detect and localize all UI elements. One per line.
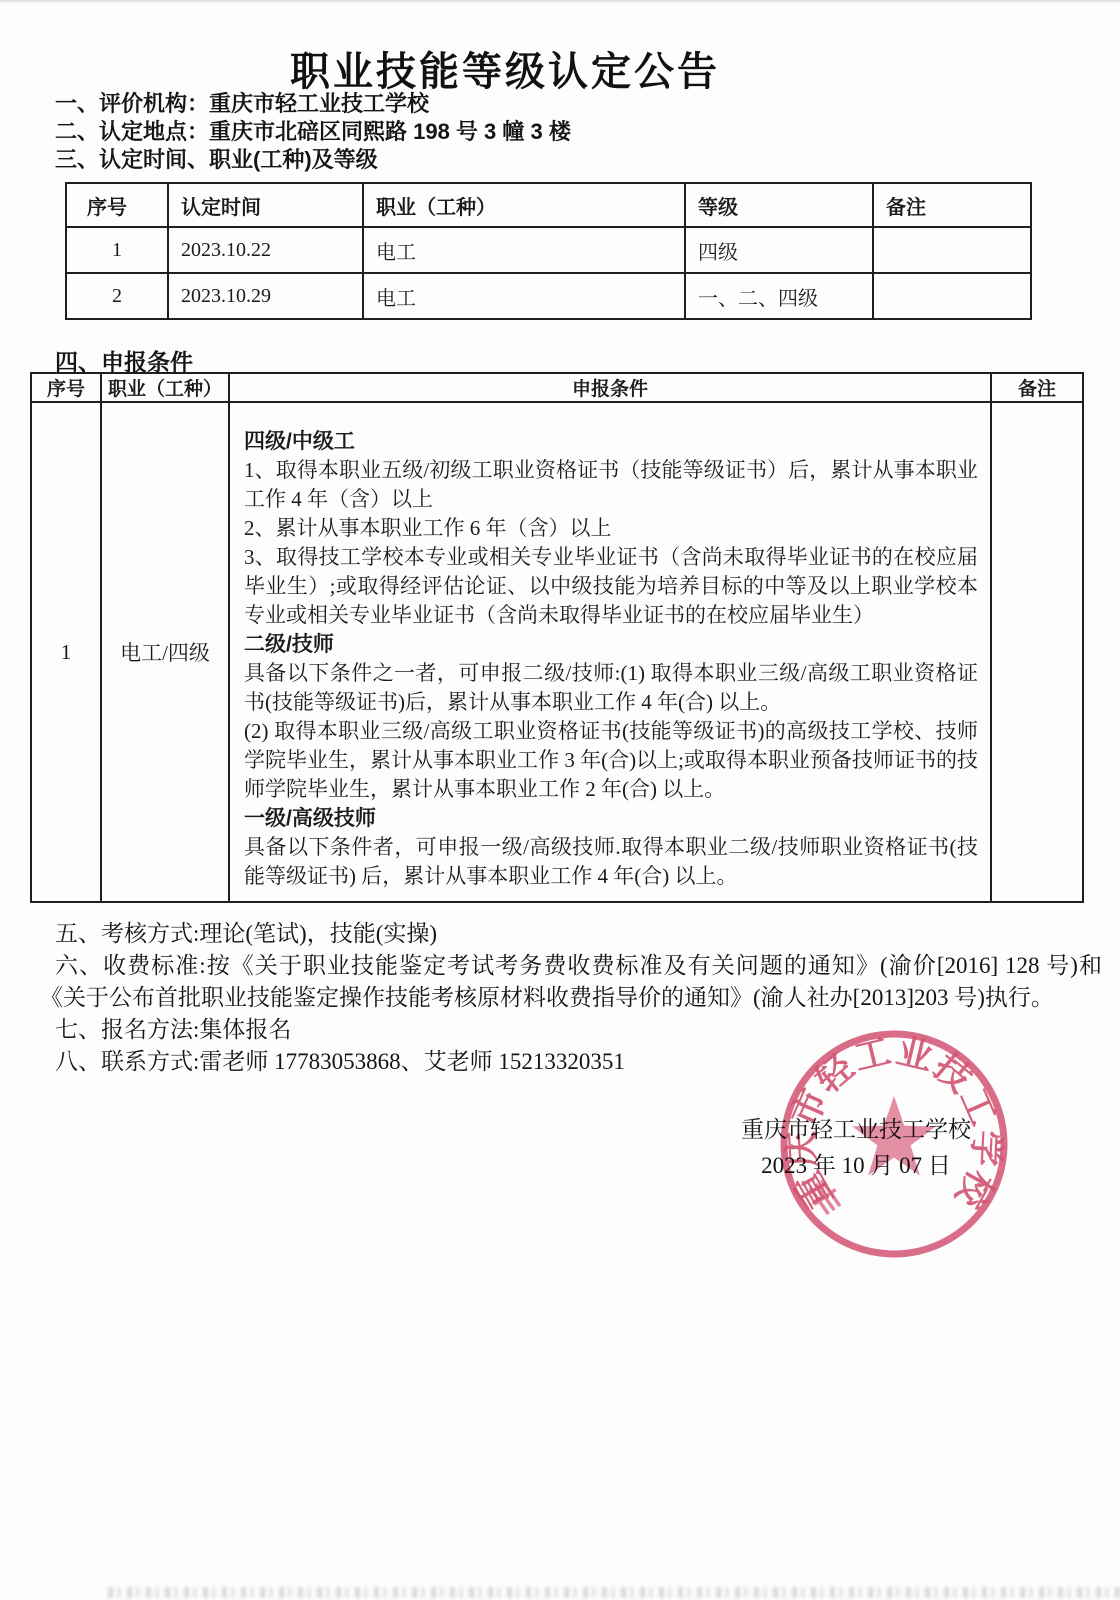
condition-line: (2) 取得本职业三级/高级工职业资格证书(技能等级证书)的高级技工学校、技师学… — [244, 717, 978, 804]
col-header-date: 认定时间 — [168, 183, 363, 227]
conditions-header-row: 序号 职业（工种） 申报条件 备注 — [31, 373, 1083, 402]
col-header-remark: 备注 — [873, 183, 1031, 227]
signature-org: 重庆市轻工业技工学校 — [700, 1112, 1012, 1148]
intro-item-location: 二、认定地点：重庆市北碚区同熙路 198 号 3 幢 3 楼 — [55, 118, 571, 146]
col-header-level: 等级 — [685, 183, 873, 227]
conditions-table: 序号 职业（工种） 申报条件 备注 1 电工/四级 四级/中级工 1、取得本职业… — [30, 372, 1084, 903]
condition-line: 2、累计从事本职业工作 6 年（含）以上 — [244, 514, 978, 543]
cell-occupation: 电工 — [363, 273, 685, 319]
intro-list: 一、评价机构：重庆市轻工业技工学校 二、认定地点：重庆市北碚区同熙路 198 号… — [55, 90, 571, 174]
cell-conditions: 四级/中级工 1、取得本职业五级/初级工职业资格证书（技能等级证书）后，累计从事… — [229, 402, 991, 902]
cell-no: 1 — [31, 402, 101, 902]
cell-date: 2023.10.22 — [168, 227, 363, 273]
sections-5-8: 五、考核方式:理论(笔试)，技能(实操) 六、收费标准:按《关于职业技能鉴定考试… — [40, 918, 1102, 1078]
section6-fees: 六、收费标准:按《关于职业技能鉴定考试考务费收费标准及有关问题的通知》(渝价[2… — [40, 950, 1102, 1014]
cell-level: 四级 — [685, 227, 873, 273]
section8-contact: 八、联系方式:雷老师 17783053868、艾老师 15213320351 — [40, 1046, 1102, 1078]
col-header-remark: 备注 — [991, 373, 1083, 402]
col-header-occupation: 职业（工种） — [363, 183, 685, 227]
cell-occupation: 电工/四级 — [101, 402, 229, 902]
signature-block: 重庆市轻工业技工学校 2023 年 10 月 07 日 — [700, 1112, 1012, 1184]
signature-date: 2023 年 10 月 07 日 — [700, 1148, 1012, 1184]
announcement-document: 职业技能等级认定公告 一、评价机构：重庆市轻工业技工学校 二、认定地点：重庆市北… — [0, 0, 1120, 1600]
col-header-occupation: 职业（工种） — [101, 373, 229, 402]
intro-item-schedule: 三、认定时间、职业(工种)及等级 — [55, 146, 571, 174]
condition-line: 具备以下条件之一者，可申报二级/技师:(1) 取得本职业三级/高级工职业资格证书… — [244, 659, 978, 717]
intro-item-evaluator: 一、评价机构：重庆市轻工业技工学校 — [55, 90, 571, 118]
condition-line: 四级/中级工 — [244, 427, 978, 456]
table-row: 1 电工/四级 四级/中级工 1、取得本职业五级/初级工职业资格证书（技能等级证… — [31, 402, 1083, 902]
table-row: 1 2023.10.22 电工 四级 — [66, 227, 1031, 273]
condition-line: 二级/技师 — [244, 630, 978, 659]
cell-date: 2023.10.29 — [168, 273, 363, 319]
cell-remark — [991, 402, 1083, 902]
cell-remark — [873, 273, 1031, 319]
col-header-no: 序号 — [66, 183, 168, 227]
scan-artifact-strip — [108, 1587, 1120, 1598]
table-row: 2 2023.10.29 电工 一、二、四级 — [66, 273, 1031, 319]
condition-line: 3、取得技工学校本专业或相关专业毕业证书（含尚未取得毕业证书的在校应届毕业生）;… — [244, 543, 978, 630]
schedule-header-row: 序号 认定时间 职业（工种） 等级 备注 — [66, 183, 1031, 227]
page-title: 职业技能等级认定公告 — [0, 40, 1010, 97]
section5-assessment: 五、考核方式:理论(笔试)，技能(实操) — [40, 918, 1102, 950]
col-header-conditions: 申报条件 — [229, 373, 991, 402]
condition-line: 具备以下条件者，可申报一级/高级技师.取得本职业二级/技师职业资格证书(技能等级… — [244, 833, 978, 891]
scan-edge — [0, 0, 1120, 4]
condition-line: 1、取得本职业五级/初级工职业资格证书（技能等级证书）后，累计从事本职业工作 4… — [244, 456, 978, 514]
cell-occupation: 电工 — [363, 227, 685, 273]
condition-line: 一级/高级技师 — [244, 804, 978, 833]
cell-no: 1 — [66, 227, 168, 273]
cell-no: 2 — [66, 273, 168, 319]
section7-registration: 七、报名方法:集体报名 — [40, 1014, 1102, 1046]
cell-level: 一、二、四级 — [685, 273, 873, 319]
cell-remark — [873, 227, 1031, 273]
schedule-table: 序号 认定时间 职业（工种） 等级 备注 1 2023.10.22 电工 四级 … — [65, 182, 1032, 320]
col-header-no: 序号 — [31, 373, 101, 402]
